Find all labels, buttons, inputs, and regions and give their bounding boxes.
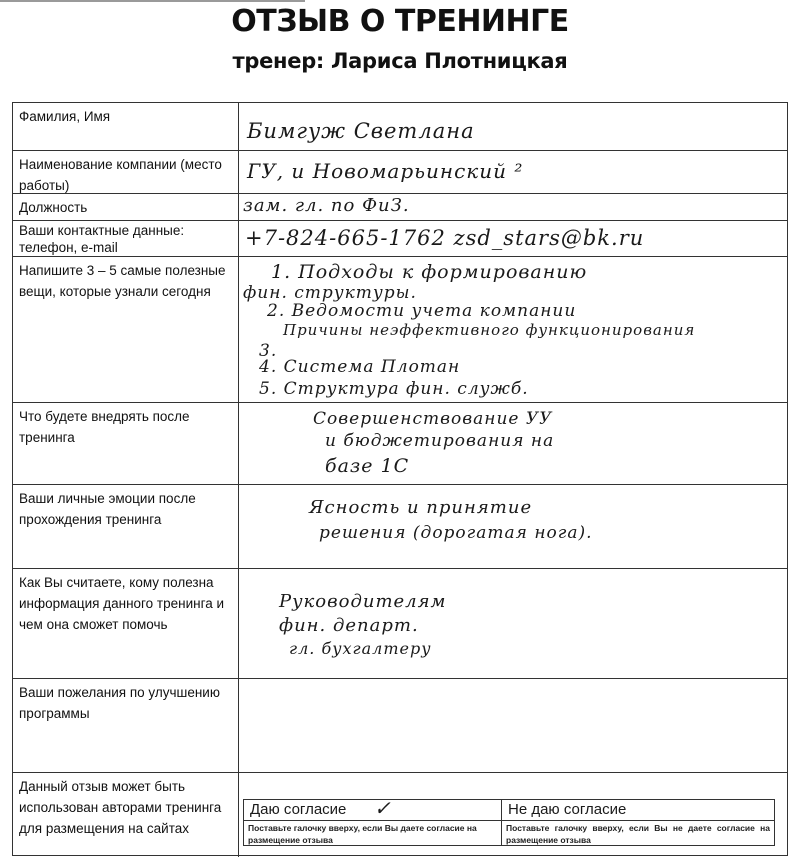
- label-useful-things: Напишите 3 – 5 самые полезные вещи, кото…: [13, 257, 239, 402]
- handwriting-line: 2. Ведомости учета компании: [267, 301, 576, 321]
- answer-company[interactable]: ГУ, и Новомарьинский ²: [239, 151, 787, 193]
- answer-contacts[interactable]: +7-824-665-1762 zsd_stars@bk.ru: [239, 221, 787, 256]
- consent-box: Даю согласие ✓ Поставьте галочку вверху,…: [243, 799, 775, 846]
- consent-disagree[interactable]: Не даю согласие Поставьте галочку вверху…: [502, 800, 774, 845]
- handwriting-line: Бимгуж Светлана: [247, 119, 475, 143]
- answer-position[interactable]: зам. гл. по ФиЗ.: [239, 194, 787, 220]
- handwriting-line: решения (дорогатая нога).: [319, 523, 593, 543]
- row-implementation: Что будете внедрять после тренинга Совер…: [13, 403, 787, 485]
- row-suggestions: Ваши пожелания по улучшению программы: [13, 679, 787, 773]
- handwriting-line: гл. бухгалтеру: [289, 639, 432, 658]
- handwriting-line: Ясность и принятие: [309, 497, 532, 518]
- label-emotions: Ваши личные эмоции после прохождения тре…: [13, 485, 239, 568]
- handwriting-line: 4. Система Плотан: [259, 357, 460, 377]
- answer-emotions[interactable]: Ясность и принятие решения (дорогатая но…: [239, 485, 787, 568]
- handwriting-line: ГУ, и Новомарьинский ²: [247, 159, 523, 183]
- handwriting-line: +7-824-665-1762 zsd_stars@bk.ru: [245, 226, 644, 250]
- row-emotions: Ваши личные эмоции после прохождения тре…: [13, 485, 787, 569]
- row-contacts: Ваши контактные данные: телефон, e-mail …: [13, 221, 787, 257]
- checkmark-icon: ✓: [374, 798, 391, 818]
- answer-full-name[interactable]: Бимгуж Светлана: [239, 103, 787, 150]
- row-beneficiaries: Как Вы считаете, кому полезна информация…: [13, 569, 787, 679]
- row-full-name: Фамилия, Имя Бимгуж Светлана: [13, 103, 787, 151]
- answer-beneficiaries[interactable]: Руководителям фин. департ. гл. бухгалтер…: [239, 569, 787, 678]
- consent-disagree-label: Не даю согласие: [508, 801, 626, 818]
- label-company: Наименование компании (место работы): [13, 151, 239, 193]
- handwriting-line: зам. гл. по ФиЗ.: [243, 195, 410, 216]
- handwriting-line: базе 1С: [325, 455, 409, 477]
- answer-consent: Даю согласие ✓ Поставьте галочку вверху,…: [239, 773, 787, 857]
- answer-suggestions[interactable]: [239, 679, 787, 772]
- label-full-name: Фамилия, Имя: [13, 103, 239, 150]
- consent-agree-header[interactable]: Даю согласие ✓: [244, 800, 501, 821]
- consent-disagree-note: Поставьте галочку вверху, если Вы не дае…: [502, 821, 774, 847]
- consent-agree-note: Поставьте галочку вверху, если Вы даете …: [244, 821, 501, 847]
- trainer-subtitle: тренер: Лариса Плотницкая: [0, 46, 800, 76]
- label-consent: Данный отзыв может быть использован авто…: [13, 773, 239, 857]
- handwriting-line: 5. Структура фин. служб.: [259, 379, 529, 399]
- row-consent: Данный отзыв может быть использован авто…: [13, 773, 787, 857]
- answer-implementation[interactable]: Совершенствование УУ и бюджетирования на…: [239, 403, 787, 484]
- handwriting-line: и бюджетирования на: [325, 431, 554, 451]
- label-contacts: Ваши контактные данные: телефон, e-mail: [13, 221, 239, 256]
- feedback-form-table: Фамилия, Имя Бимгуж Светлана Наименовани…: [12, 102, 788, 856]
- label-beneficiaries: Как Вы считаете, кому полезна информация…: [13, 569, 239, 678]
- label-implementation: Что будете внедрять после тренинга: [13, 403, 239, 484]
- answer-useful-things[interactable]: 1. Подходы к формированию фин. структуры…: [239, 257, 787, 402]
- handwriting-line: Причины неэффективного функционирования: [283, 321, 695, 339]
- row-position: Должность зам. гл. по ФиЗ.: [13, 194, 787, 221]
- row-company: Наименование компании (место работы) ГУ,…: [13, 151, 787, 194]
- consent-agree-label: Даю согласие: [250, 801, 346, 818]
- page-title: ОТЗЫВ О ТРЕНИНГЕ: [0, 2, 800, 42]
- handwriting-line: Совершенствование УУ: [313, 409, 552, 429]
- handwriting-line: фин. департ.: [279, 615, 419, 636]
- consent-disagree-header[interactable]: Не даю согласие: [502, 800, 774, 821]
- consent-agree[interactable]: Даю согласие ✓ Поставьте галочку вверху,…: [244, 800, 502, 845]
- handwriting-line: Руководителям: [279, 591, 446, 612]
- handwriting-line: фин. структуры.: [243, 283, 417, 303]
- label-position: Должность: [13, 194, 239, 220]
- handwriting-line: 1. Подходы к формированию: [271, 261, 587, 283]
- row-useful-things: Напишите 3 – 5 самые полезные вещи, кото…: [13, 257, 787, 403]
- label-suggestions: Ваши пожелания по улучшению программы: [13, 679, 239, 772]
